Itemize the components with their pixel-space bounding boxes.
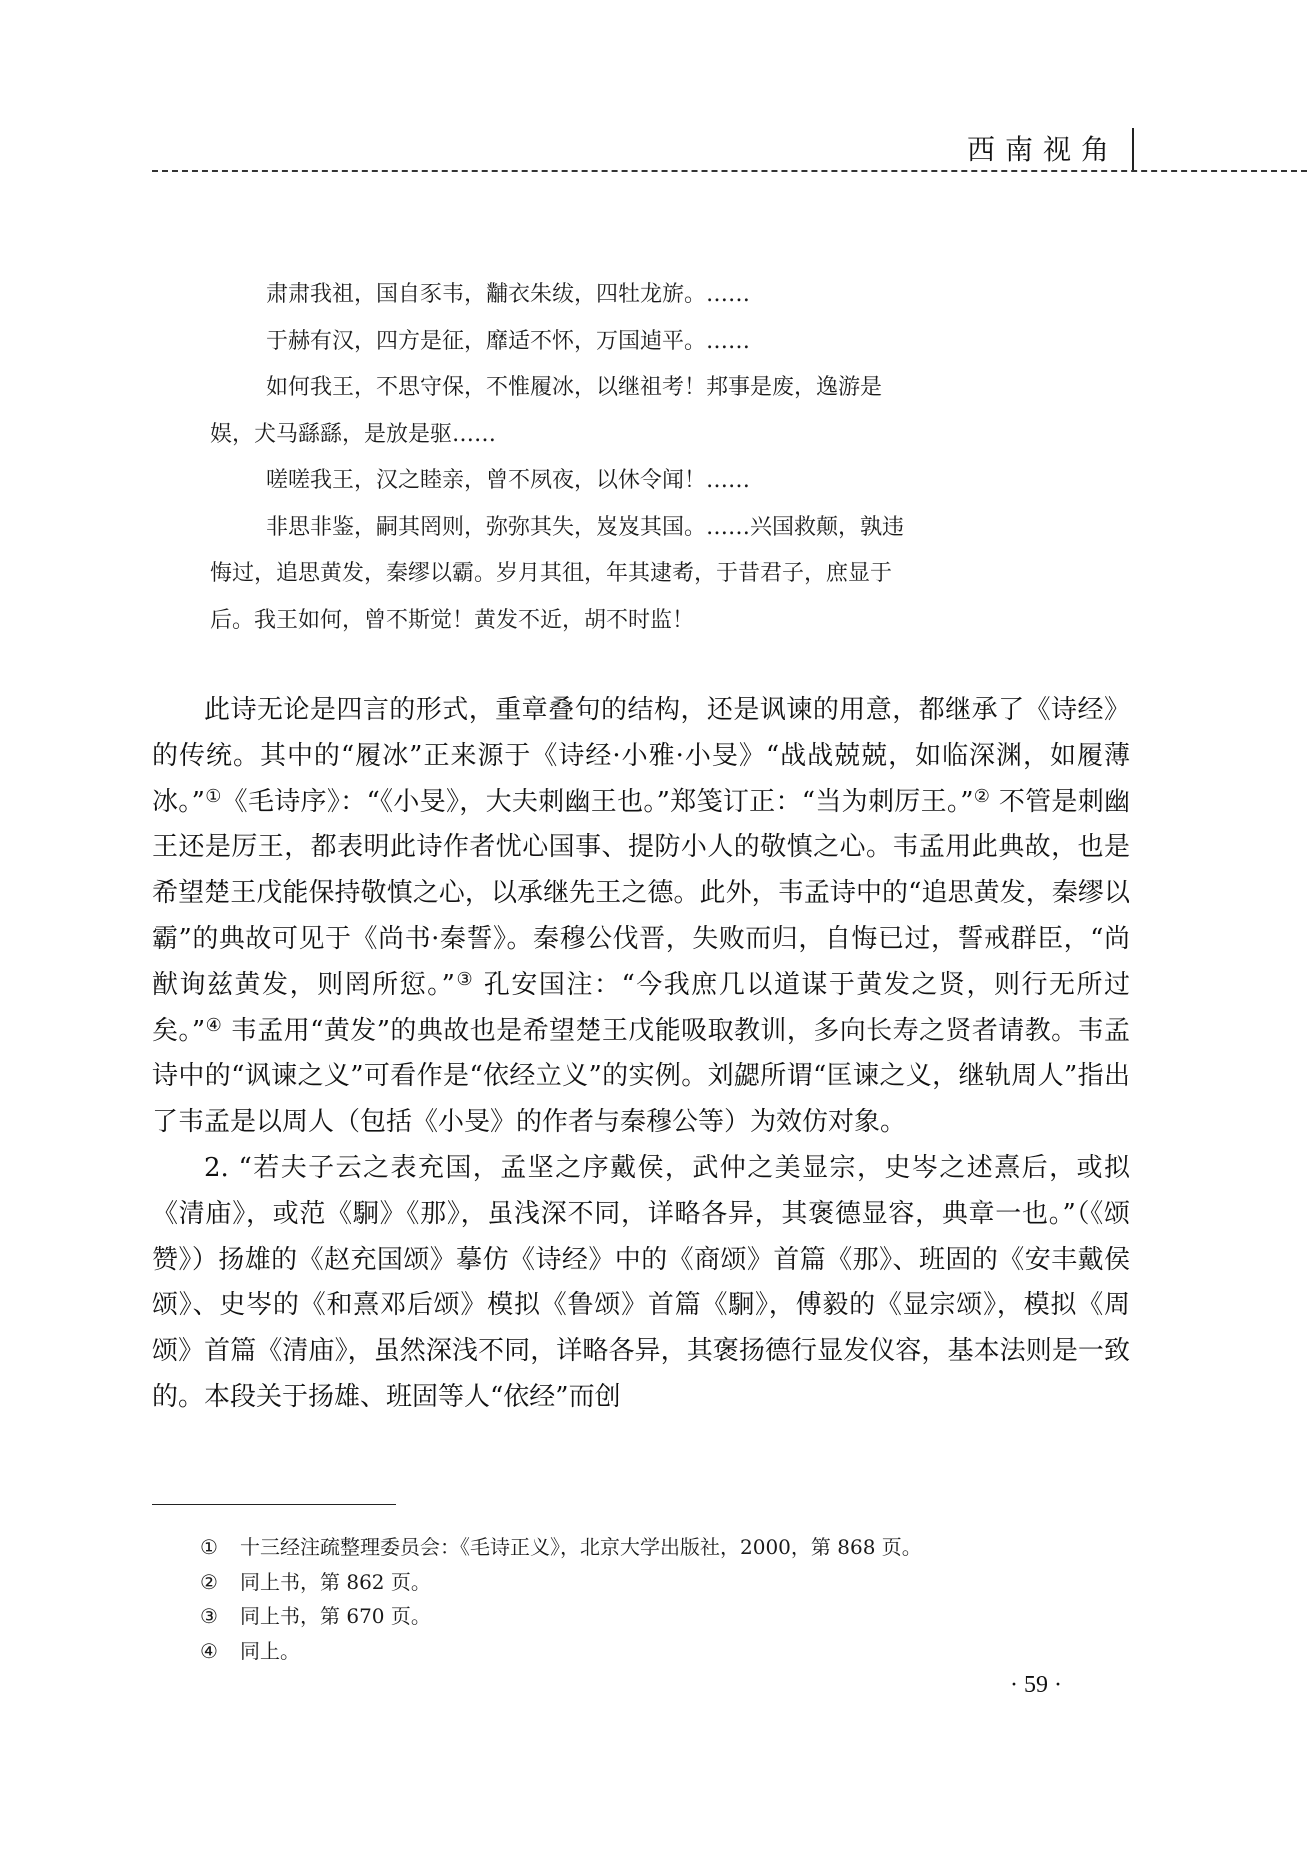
footnote-3: ③同上书，第 670 页。 — [200, 1599, 1100, 1634]
footnote-number: ① — [200, 1530, 240, 1565]
poem-line: 如何我王，不思守保，不惟履冰，以继祖考！邦事是废，逸游是 — [210, 365, 1080, 412]
poem-quotation: 肃肃我祖，国自豕韦，黼衣朱绂，四牡龙旂。…… 于赫有汉，四方是征，靡适不怀，万国… — [210, 272, 1080, 644]
footnote-ref-1[interactable]: ① — [205, 786, 222, 807]
poem-line: 肃肃我祖，国自豕韦，黼衣朱绂，四牡龙旂。…… — [210, 272, 1080, 319]
footnotes: ①十三经注疏整理委员会：《毛诗正义》，北京大学出版社，2000，第 868 页。… — [200, 1530, 1100, 1668]
footnote-text: 同上书，第 670 页。 — [240, 1604, 431, 1628]
footnote-number: ③ — [200, 1599, 240, 1634]
footnote-number: ④ — [200, 1634, 240, 1669]
header-title: 西南视角 — [967, 134, 1119, 166]
poem-line: 非思非鉴，嗣其罔则，弥弥其失，岌岌其国。……兴国救颠，孰违 — [210, 505, 1080, 552]
footnote-text: 十三经注疏整理委员会：《毛诗正义》，北京大学出版社，2000，第 868 页。 — [240, 1535, 922, 1559]
paragraph-2: 2. “若夫子云之表充国，孟坚之序戴侯，武仲之美显宗，史岑之述熹后，或拟《清庙》… — [152, 1146, 1130, 1421]
page-number: · 59 · — [1010, 1672, 1062, 1699]
poem-line: 悔过，追思黄发，秦缪以霸。岁月其徂，年其逮耇，于昔君子，庶显于 — [210, 551, 1080, 598]
paragraph-1-part-5: 韦孟用“黄发”的典故也是希望楚王戊能吸取教训，多向长寿之贤者请教。韦孟诗中的“讽… — [152, 1016, 1130, 1138]
body-text: 此诗无论是四言的形式，重章叠句的结构，还是讽谏的用意，都继承了《诗经》的传统。其… — [152, 688, 1130, 1421]
footnote-separator — [152, 1504, 396, 1505]
paragraph-1: 此诗无论是四言的形式，重章叠句的结构，还是讽谏的用意，都继承了《诗经》的传统。其… — [152, 688, 1130, 1146]
paragraph-1-part-2: 《毛诗序》：“《小旻》，大夫刺幽王也。”郑笺订正：“当为刺厉王。” — [222, 787, 974, 817]
footnote-number: ② — [200, 1565, 240, 1600]
footnote-ref-3[interactable]: ③ — [455, 969, 474, 990]
footnote-text: 同上书，第 862 页。 — [240, 1570, 431, 1594]
poem-line: 嗟嗟我王，汉之睦亲，曾不夙夜，以休令闻！…… — [210, 458, 1080, 505]
poem-line: 于赫有汉，四方是征，靡适不怀，万国逌平。…… — [210, 319, 1080, 366]
poem-line: 娱，犬马繇繇，是放是驱…… — [210, 412, 1080, 459]
footnote-2: ②同上书，第 862 页。 — [200, 1565, 1100, 1600]
paragraph-1-part-3: 不管是刺幽王还是厉王，都表明此诗作者忧心国事、提防小人的敬慎之心。韦孟用此典故，… — [152, 787, 1130, 1000]
footnote-4: ④同上。 — [200, 1634, 1100, 1669]
footnote-ref-4[interactable]: ④ — [205, 1015, 222, 1036]
poem-line: 后。我王如何，曾不斯觉！黄发不近，胡不时监！ — [210, 598, 1080, 645]
running-header: 西南视角 — [152, 128, 1307, 172]
footnote-1: ①十三经注疏整理委员会：《毛诗正义》，北京大学出版社，2000，第 868 页。 — [200, 1530, 1100, 1565]
header-dashed-rule — [152, 170, 1307, 172]
footnote-ref-2[interactable]: ② — [974, 786, 991, 807]
footnote-text: 同上。 — [240, 1639, 300, 1663]
header-vertical-bar — [1132, 128, 1134, 172]
